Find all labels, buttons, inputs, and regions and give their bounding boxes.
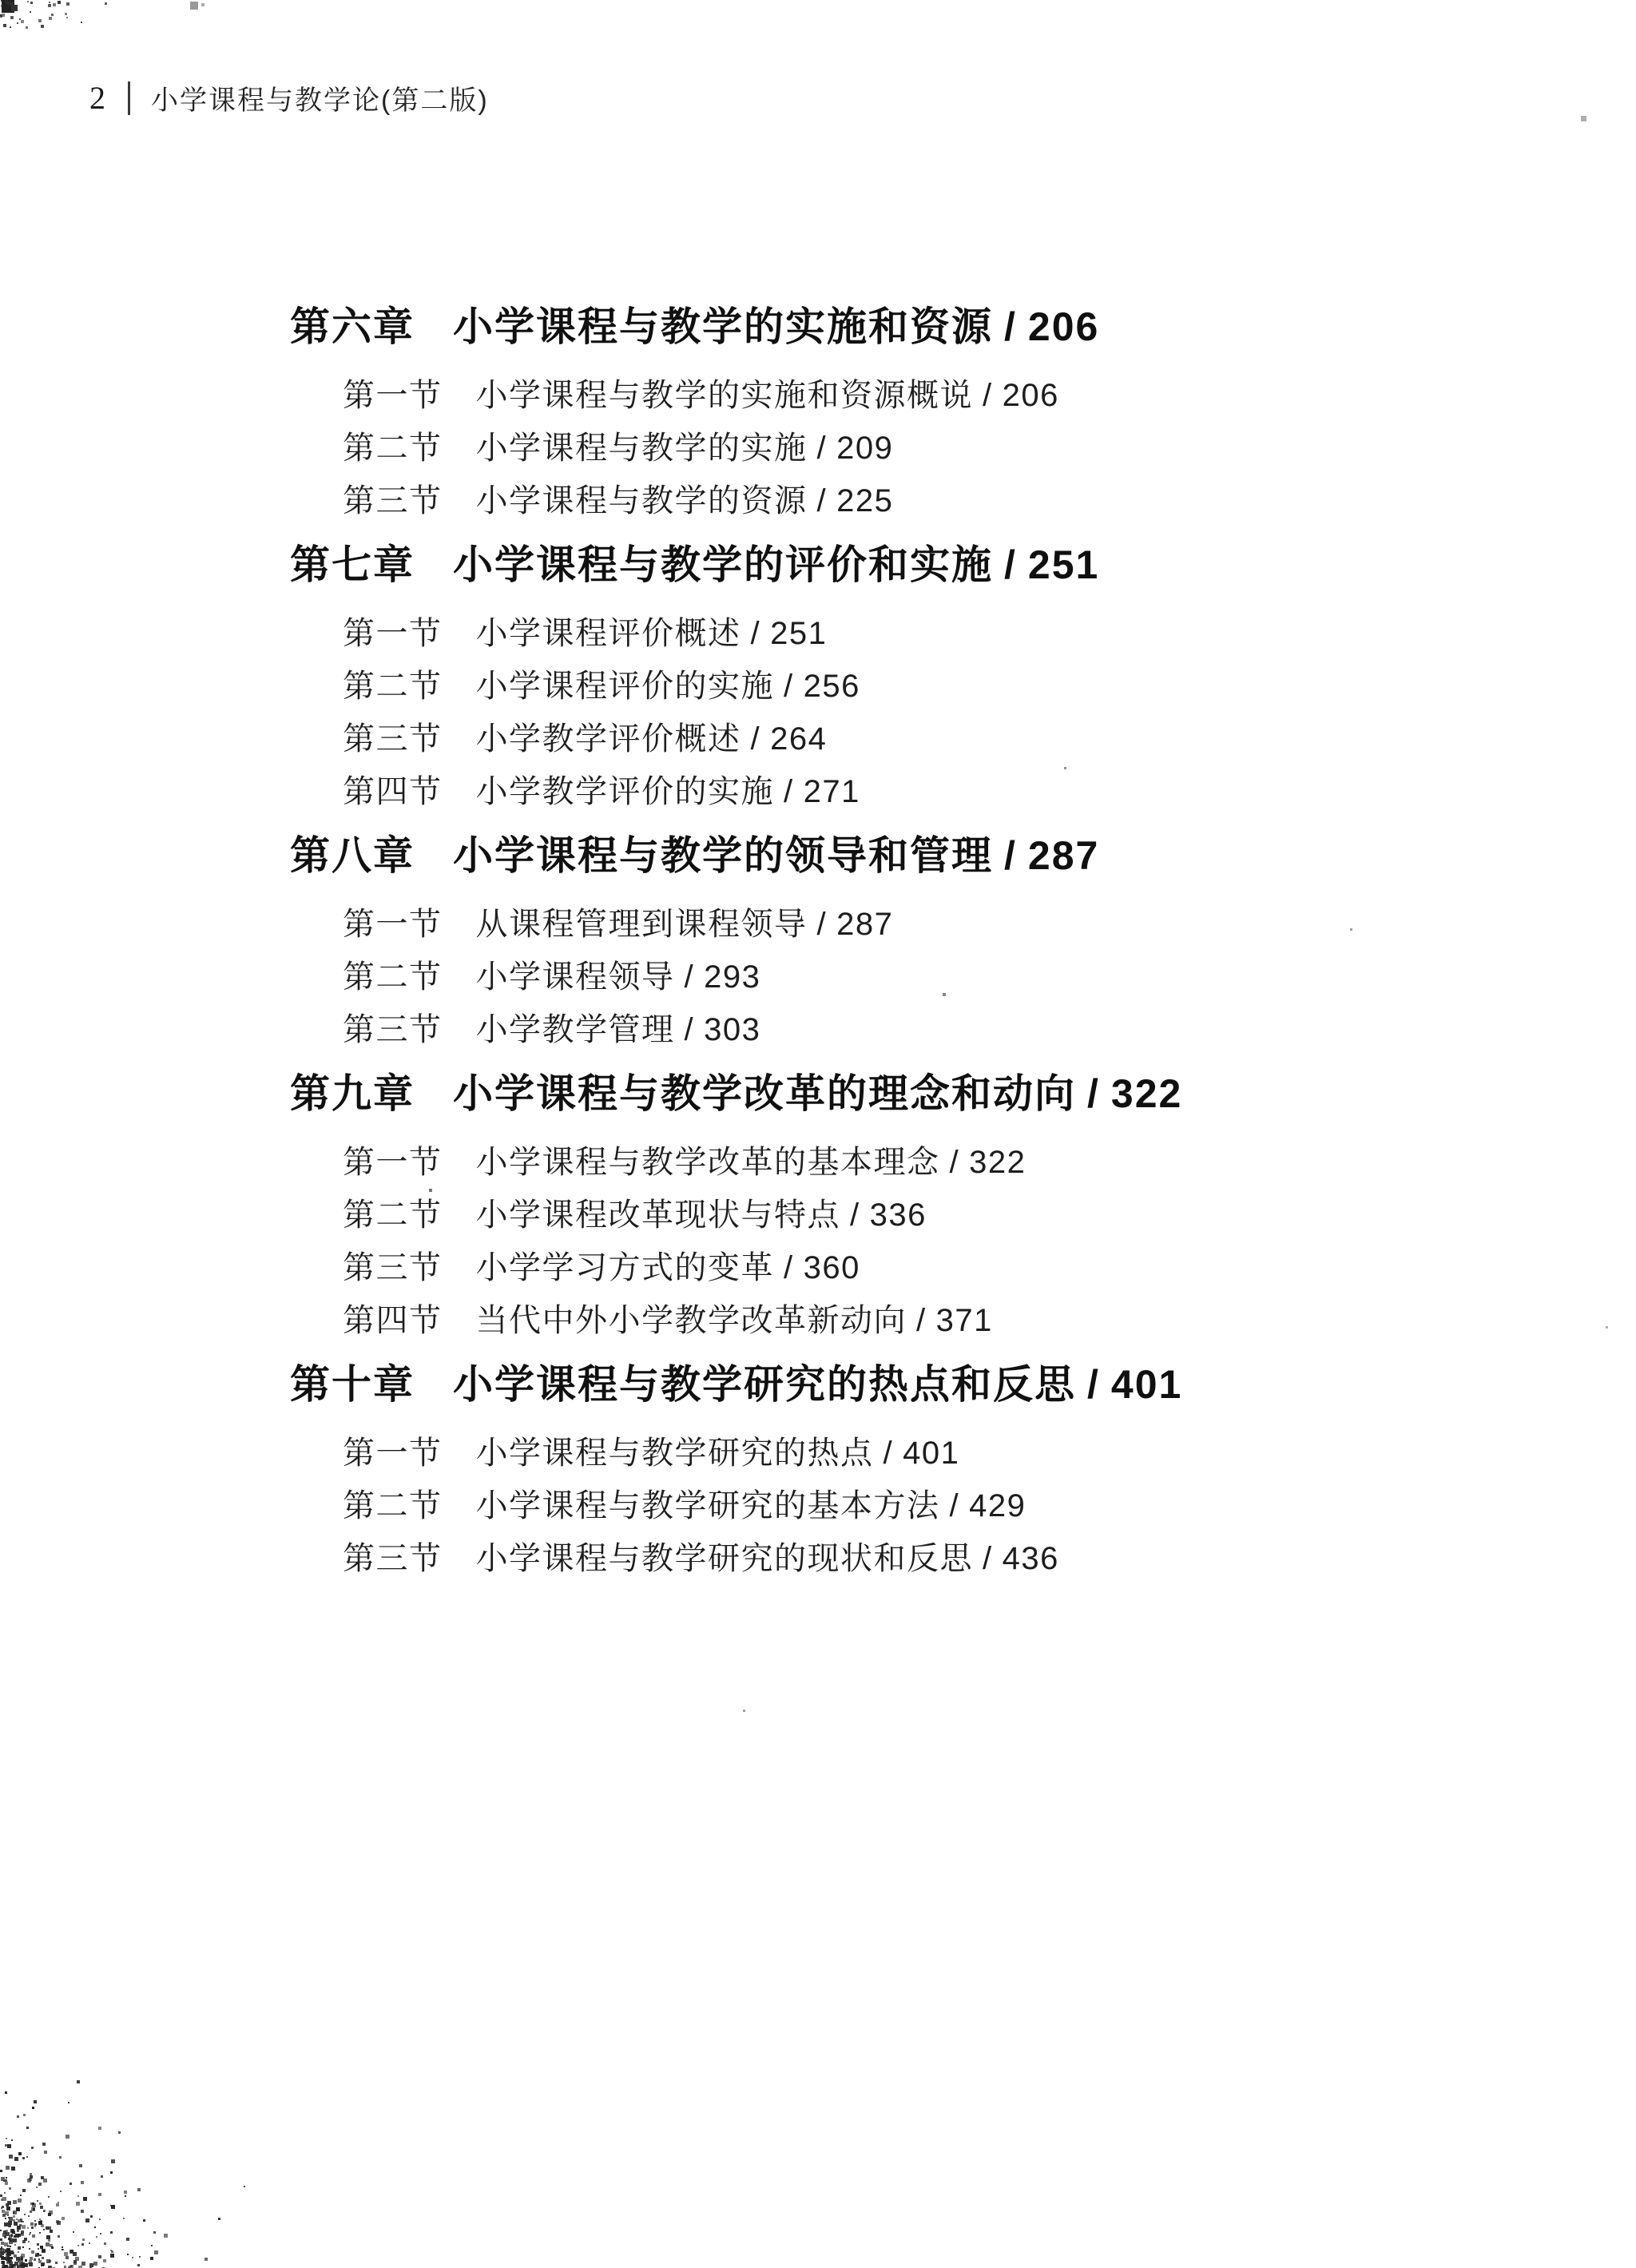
section-label: 第一节 [343,1145,443,1180]
scan-speck [49,2210,53,2214]
scan-speck [2,14,5,17]
scan-speck [34,2226,36,2227]
scan-speck [6,2177,7,2179]
scan-speck [7,2251,10,2254]
scan-speck [13,2219,15,2222]
section-title: 小学课程与教学的实施 [476,431,808,466]
scan-speck [1,2256,4,2259]
scan-speck [6,2257,10,2261]
scan-speck [62,2246,63,2248]
scan-speck [204,2258,208,2261]
scan-speck [17,2226,21,2230]
scan-speck [93,2262,97,2266]
scan-speck [48,2196,50,2198]
section-title: 从课程管理到课程领导 [476,907,808,942]
scan-speck [22,2221,24,2222]
scan-speck [6,2248,10,2252]
scan-speck [31,2226,34,2229]
scan-speck [30,2222,34,2226]
scan-speck [8,2217,10,2218]
section-page-number: 336 [870,1198,927,1233]
scan-speck [10,2257,13,2259]
scan-speck [10,16,14,19]
scan-speck [62,2217,65,2220]
scan-speck [77,2195,79,2197]
scan-speck [49,17,52,20]
scan-speck [0,2251,4,2255]
scan-speck [75,2257,79,2261]
page-separator: / [950,1488,960,1523]
scan-speck [76,2202,80,2206]
section-page-number: 401 [903,1436,959,1471]
section-label: 第三节 [343,721,443,757]
scan-speck [22,2262,25,2266]
scan-speck [48,4,51,7]
page-separator: / [983,378,993,413]
toc-section-row: 第四节小学教学评价的实施/271 [343,765,1368,818]
scan-speck [81,22,82,23]
chapter-page-number: 251 [1028,542,1099,587]
scan-speck [125,2195,126,2197]
page-separator: / [850,1198,860,1233]
scan-speck [21,2258,23,2260]
scan-speck [63,2262,65,2263]
scan-speck [132,2257,133,2258]
scan-speck [4,2242,8,2246]
scan-speck [23,2114,26,2116]
scan-speck [18,2152,22,2155]
scan-speck [21,2221,22,2222]
toc-section-row: 第三节小学教学评价概述/264 [343,713,1368,765]
scan-speck [42,2250,44,2252]
scan-speck [21,2254,25,2258]
scan-speck [41,2263,44,2266]
scan-speck [104,2242,106,2245]
scan-speck [48,2213,51,2216]
page-separator: / [784,669,794,704]
scan-speck [100,2233,101,2234]
scan-speck [81,2210,84,2213]
scan-speck [37,2253,39,2255]
section-page-number: 271 [804,774,860,809]
toc-section-row: 第一节小学课程与教学的实施和资源概说/206 [343,369,1368,422]
scan-speck [34,2220,36,2222]
scan-speck [7,2260,10,2263]
scan-speck [7,2252,11,2256]
scan-speck [17,2115,19,2118]
scan-speck [17,22,18,24]
scan-speck [22,2264,24,2266]
scan-speck [15,2234,19,2238]
chapter-heading: 第十章小学课程与教学研究的热点和反思/401 [290,1360,1368,1409]
toc-section-row: 第四节当代中外小学教学改革新动向/371 [343,1294,1368,1347]
scan-speck [73,2262,77,2265]
scan-speck [0,2195,2,2197]
scan-speck [42,2249,46,2253]
scan-speck [21,2264,25,2268]
scan-speck [153,2231,156,2234]
scan-speck [30,2175,33,2179]
scan-speck [77,2080,80,2083]
scan-speck [19,2224,22,2226]
toc-section-row: 第二节小学课程与教学研究的基本方法/429 [343,1480,1368,1532]
page-separator: / [751,721,761,757]
scan-speck [3,24,6,27]
scan-speck [27,2227,29,2229]
chapter-title: 小学课程与教学研究的热点和反思 [453,1362,1076,1407]
header-divider [128,81,130,115]
scan-speck [743,1710,745,1712]
scan-speck [244,2186,245,2187]
scan-speck [53,3,56,6]
scan-speck [8,2261,10,2263]
scan-speck [39,2221,42,2223]
scan-speck [5,2250,7,2252]
scan-speck [18,2251,19,2253]
scan-speck [111,2205,115,2209]
scan-speck [9,2264,13,2268]
scan-speck [3,2265,6,2267]
scan-speck [2,2257,6,2260]
section-title: 小学教学评价概述 [476,721,741,757]
scan-speck [30,2232,31,2234]
scan-speck [9,2187,11,2190]
scan-speck [37,2243,39,2246]
scan-speck [11,2251,14,2254]
section-page-number: 429 [969,1488,1026,1523]
scan-speck [0,2230,2,2231]
scan-speck [17,2265,21,2268]
scan-speck [22,2246,24,2248]
chapter-label: 第八章 [290,833,415,878]
scan-speck [0,2248,2,2250]
page-separator: / [784,774,794,809]
section-title: 小学学习方式的变革 [476,1250,775,1285]
scan-speck [30,11,31,13]
section-label: 第一节 [343,907,443,942]
scan-speck [6,2260,10,2264]
scan-speck [30,2210,32,2213]
toc-section-row: 第一节小学课程评价概述/251 [343,607,1368,660]
scan-speck [3,2249,7,2253]
scan-speck [21,20,24,23]
scan-speck [30,2,33,4]
scan-speck [81,2243,84,2246]
toc-section-row: 第三节小学课程与教学研究的现状和反思/436 [343,1532,1368,1585]
scan-speck [18,2246,21,2250]
section-page-number: 206 [1003,378,1059,413]
scan-speck [10,2250,14,2254]
scan-speck [6,2166,10,2170]
scan-speck [9,2238,10,2240]
page-separator: / [1004,542,1017,587]
scan-speck [9,2155,13,2159]
scan-speck [22,2240,26,2243]
scan-speck [39,2218,41,2220]
scan-speck [8,2257,12,2261]
scan-speck [1,2246,2,2248]
scan-speck [73,2231,74,2233]
page-separator: / [983,1541,993,1576]
scan-speck [4,2252,6,2254]
page-separator: / [817,431,828,466]
scan-speck [10,2264,11,2266]
scan-speck [39,2202,42,2205]
section-label: 第二节 [343,431,443,466]
scan-speck [20,2195,22,2196]
scan-speck [151,2245,153,2246]
scan-speck [10,2260,12,2262]
scan-speck [10,2262,13,2265]
scan-speck [41,2224,44,2227]
section-label: 第三节 [343,1012,443,1047]
scan-speck [48,2226,51,2230]
scan-speck [7,2254,10,2257]
scan-speck [19,2258,23,2262]
chapter-page-number: 206 [1028,304,1099,349]
scan-speck [5,0,8,3]
chapter-heading: 第九章小学课程与教学改革的理念和动向/322 [290,1069,1368,1118]
scan-speck [46,2259,50,2263]
scan-speck [81,2181,84,2184]
scan-speck [124,2191,127,2194]
scan-speck [31,2250,34,2254]
chapter-sections: 第一节从课程管理到课程领导/287 第二节小学课程领导/293 第三节小学教学管… [343,898,1368,1056]
scan-speck [12,2230,15,2234]
scan-speck [40,2254,42,2256]
scan-speck [10,2246,11,2247]
scan-speck [0,2255,2,2258]
scan-speck [13,2238,17,2242]
section-title: 小学课程领导 [476,959,675,995]
scan-speck [9,2217,13,2221]
scan-speck [58,2202,59,2203]
scan-speck [41,25,44,28]
scan-speck [12,2252,14,2254]
scan-speck [42,2143,46,2146]
scan-speck [12,2,14,3]
scan-speck [2,2261,5,2264]
scan-speck [56,2220,59,2223]
scan-speck [36,2187,38,2188]
scan-speck [4,2222,8,2226]
scan-speck [46,2226,49,2230]
scan-speck [22,2189,26,2192]
scan-speck [0,14,2,16]
toc-section-row: 第三节小学教学管理/303 [343,1003,1368,1056]
page-separator: / [916,1303,927,1338]
scan-speck [190,2,198,10]
scan-speck [30,2257,33,2260]
scan-speck [28,2262,30,2264]
scan-speck [30,2173,32,2175]
chapter-label: 第十章 [290,1362,415,1407]
chapter-heading: 第六章小学课程与教学的实施和资源/206 [290,302,1368,352]
scan-speck [50,2244,53,2247]
scan-speck [11,2139,13,2141]
section-page-number: 360 [804,1250,860,1285]
scan-speck [29,2262,33,2266]
scan-speck [10,2265,14,2268]
chapter-page-number: 287 [1028,833,1099,878]
scan-speck [29,2234,30,2235]
scan-speck [14,2233,15,2234]
scan-speck [5,2179,7,2182]
scan-speck [0,15,2,18]
page-separator: / [1087,1362,1100,1407]
scan-speck [118,2131,121,2134]
scan-speck [29,2248,30,2250]
scan-speck [11,5,18,11]
section-page-number: 371 [936,1303,993,1338]
chapter-heading: 第七章小学课程与教学的评价和实施/251 [290,540,1368,590]
scan-speck [32,2203,36,2207]
scan-speck [43,2210,46,2212]
book-title: 小学课程与教学论(第二版) [151,78,489,117]
scan-speck [46,2242,50,2246]
scan-speck [126,2238,129,2241]
section-page-number: 303 [704,1012,760,1047]
scan-speck [25,2259,27,2262]
page-separator: / [685,1012,695,1047]
scan-speck [31,2207,35,2211]
section-page-number: 287 [836,907,893,942]
scan-speck [16,2207,20,2211]
section-label: 第四节 [343,1303,443,1338]
scan-speck [10,2229,14,2233]
section-label: 第三节 [343,1541,443,1576]
page-separator: / [817,907,828,942]
scan-speck [62,2249,64,2250]
scan-speck [43,2229,45,2230]
scan-speck [98,2255,101,2258]
scan-speck [21,2233,24,2236]
section-title: 小学课程与教学改革的基本理念 [476,1145,940,1180]
scan-speck [2,2197,6,2201]
scan-speck [70,2266,72,2267]
scan-speck [111,2159,115,2163]
scan-speck [31,2147,34,2149]
scan-speck [28,2215,30,2217]
scan-speck [16,2257,20,2261]
page-separator: / [784,1250,794,1285]
page-separator: / [1087,1071,1100,1116]
scan-speck [79,2164,82,2167]
scan-speck [58,2235,60,2238]
toc-section-row: 第二节小学课程与教学的实施/209 [343,422,1368,475]
scan-speck [9,2235,12,2238]
scan-speck [14,2157,18,2161]
scan-speck [9,2240,13,2244]
scan-speck [81,2262,85,2266]
toc-chapter-10: 第十章小学课程与教学研究的热点和反思/401 第一节小学课程与教学研究的热点/4… [290,1360,1368,1585]
chapter-sections: 第一节小学课程与教学的实施和资源概说/206 第二节小学课程与教学的实施/209… [343,369,1368,527]
chapter-sections: 第一节小学课程评价概述/251 第二节小学课程评价的实施/256 第三节小学教学… [343,607,1368,818]
scan-speck [46,2235,50,2239]
scan-speck [6,2251,10,2255]
scan-speck [7,2257,10,2260]
scan-speck [42,2257,44,2259]
scan-speck [98,2193,101,2196]
scan-speck [38,2254,40,2256]
scan-speck [96,2236,97,2238]
chapter-title: 小学课程与教学的评价和实施 [453,542,993,587]
scan-speck [25,2264,27,2266]
chapter-sections: 第一节小学课程与教学改革的基本理念/322 第二节小学课程改革现状与特点/336… [343,1136,1368,1347]
scan-speck [0,2170,2,2172]
scan-speck [6,2230,8,2232]
scan-speck [28,2241,30,2242]
scan-speck [2,2206,4,2208]
scan-speck [6,2203,9,2206]
scan-speck [12,2265,16,2268]
section-label: 第二节 [343,669,443,704]
scan-speck [8,2224,11,2227]
scan-speck [1,0,2,2]
scan-speck [143,2219,145,2222]
scan-speck [26,2156,28,2158]
scan-speck [66,2135,69,2139]
scan-speck [32,2234,35,2238]
scan-speck [6,2254,9,2257]
scan-speck [68,2102,69,2103]
scan-speck [73,2260,77,2263]
scan-speck [5,2218,6,2219]
scan-speck [6,2252,10,2255]
scan-speck [14,2262,18,2266]
scan-speck [2,2210,5,2213]
scan-speck [17,2226,21,2230]
scan-speck [24,2238,27,2241]
toc-chapter-6: 第六章小学课程与教学的实施和资源/206 第一节小学课程与教学的实施和资源概说/… [290,302,1368,527]
chapter-title: 小学课程与教学的领导和管理 [453,833,993,878]
scan-speck [40,2246,43,2249]
section-page-number: 264 [770,721,827,757]
scan-speck [1,2258,2,2260]
section-title: 小学课程与教学研究的现状和反思 [476,1541,974,1576]
scan-speck [110,2250,112,2251]
page-separator: / [751,616,761,651]
section-page-number: 256 [804,669,860,704]
scan-speck [29,2260,32,2263]
section-title: 小学课程评价的实施 [476,669,775,704]
scan-speck [90,2215,93,2218]
section-title: 小学教学评价的实施 [476,774,775,809]
scan-speck [127,2254,129,2255]
section-label: 第一节 [343,616,443,651]
page-separator: / [817,483,828,518]
scan-speck [110,2254,114,2258]
chapter-title: 小学课程与教学改革的理念和动向 [453,1071,1076,1116]
scan-speck [56,2203,59,2206]
scan-speck [5,2182,8,2185]
scan-speck [1,5,3,7]
scan-speck [27,1,29,2]
scan-speck [110,2171,113,2174]
scan-speck [0,2238,2,2241]
scan-speck [103,2259,106,2262]
scan-speck [14,2222,18,2226]
scan-speck [24,2214,26,2215]
scan-speck [34,2258,36,2261]
scan-speck [58,1,61,4]
scan-speck [38,2260,42,2263]
scan-speck [5,2091,7,2094]
scan-speck [137,2188,141,2191]
scan-speck [5,2211,9,2215]
scan-speck [1,2242,4,2245]
scan-speck [39,2232,41,2234]
